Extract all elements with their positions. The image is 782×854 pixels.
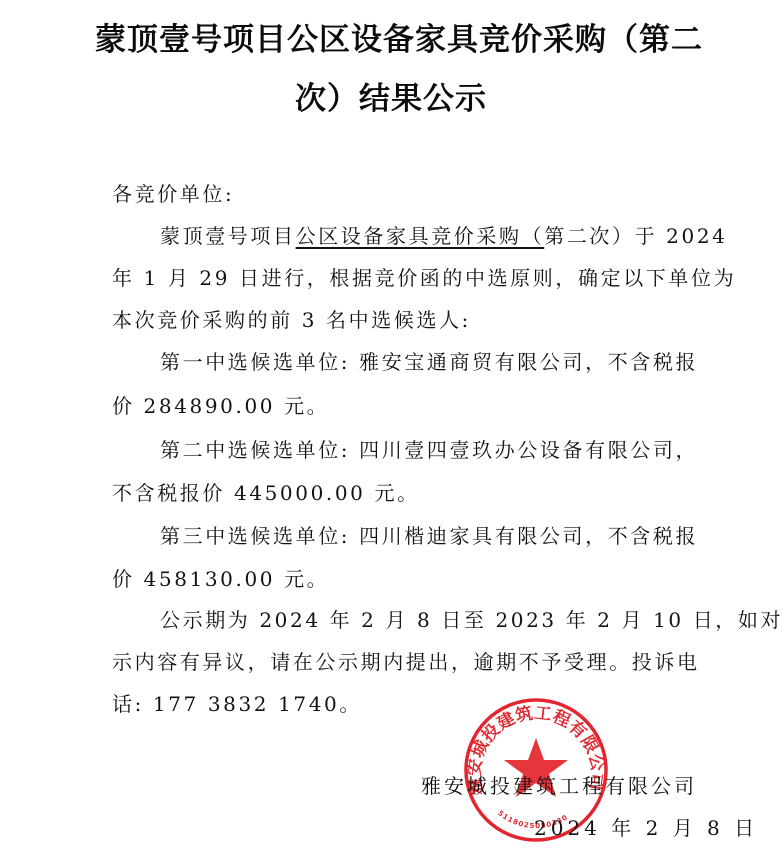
candidate-1-line2: 价 284890.00 元。 [112, 390, 329, 419]
intro-suffix: 第二次）于 2024 [544, 224, 727, 248]
candidate-3-line1: 第三中选候选单位: 四川楷迪家具有限公司，不含税报 [160, 520, 698, 549]
intro-line2: 年 1 月 29 日进行，根据竞价函的中选原则，确定以下单位为 [112, 262, 736, 291]
notice-line1: 公示期为 2024 年 2 月 8 日至 2023 年 2 月 10 日，如对公 [160, 604, 782, 633]
intro-prefix: 蒙顶壹号项目 [160, 224, 296, 248]
candidate-3-line2: 价 458130.00 元。 [112, 563, 329, 592]
salutation: 各竞价单位: [112, 178, 234, 207]
notice-line2: 示内容有异议，请在公示期内提出，逾期不予受理。投诉电 [112, 646, 700, 675]
signature-date: 2024 年 2 月 8 日 [534, 812, 758, 841]
candidate-2-line1: 第二中选候选单位: 四川壹四壹玖办公设备有限公司， [160, 434, 698, 463]
intro-line3: 本次竞价采购的前 3 名中选候选人: [112, 304, 471, 333]
document-title-line2: 次）结果公示 [0, 73, 782, 118]
candidate-1-line1: 第一中选候选单位: 雅安宝通商贸有限公司，不含税报 [160, 346, 698, 375]
notice-line3: 话: 177 3832 1740。 [112, 688, 362, 717]
intro-line1: 蒙顶壹号项目公区设备家具竞价采购（第二次）于 2024 [160, 220, 727, 249]
document-title-line1: 蒙顶壹号项目公区设备家具竞价采购（第二 [8, 14, 782, 59]
intro-underlined-project: 公区设备家具竞价采购（ [296, 224, 545, 248]
signature-company: 雅安城投建筑工程有限公司 [421, 770, 697, 799]
candidate-2-line2: 不含税报价 445000.00 元。 [112, 477, 420, 506]
